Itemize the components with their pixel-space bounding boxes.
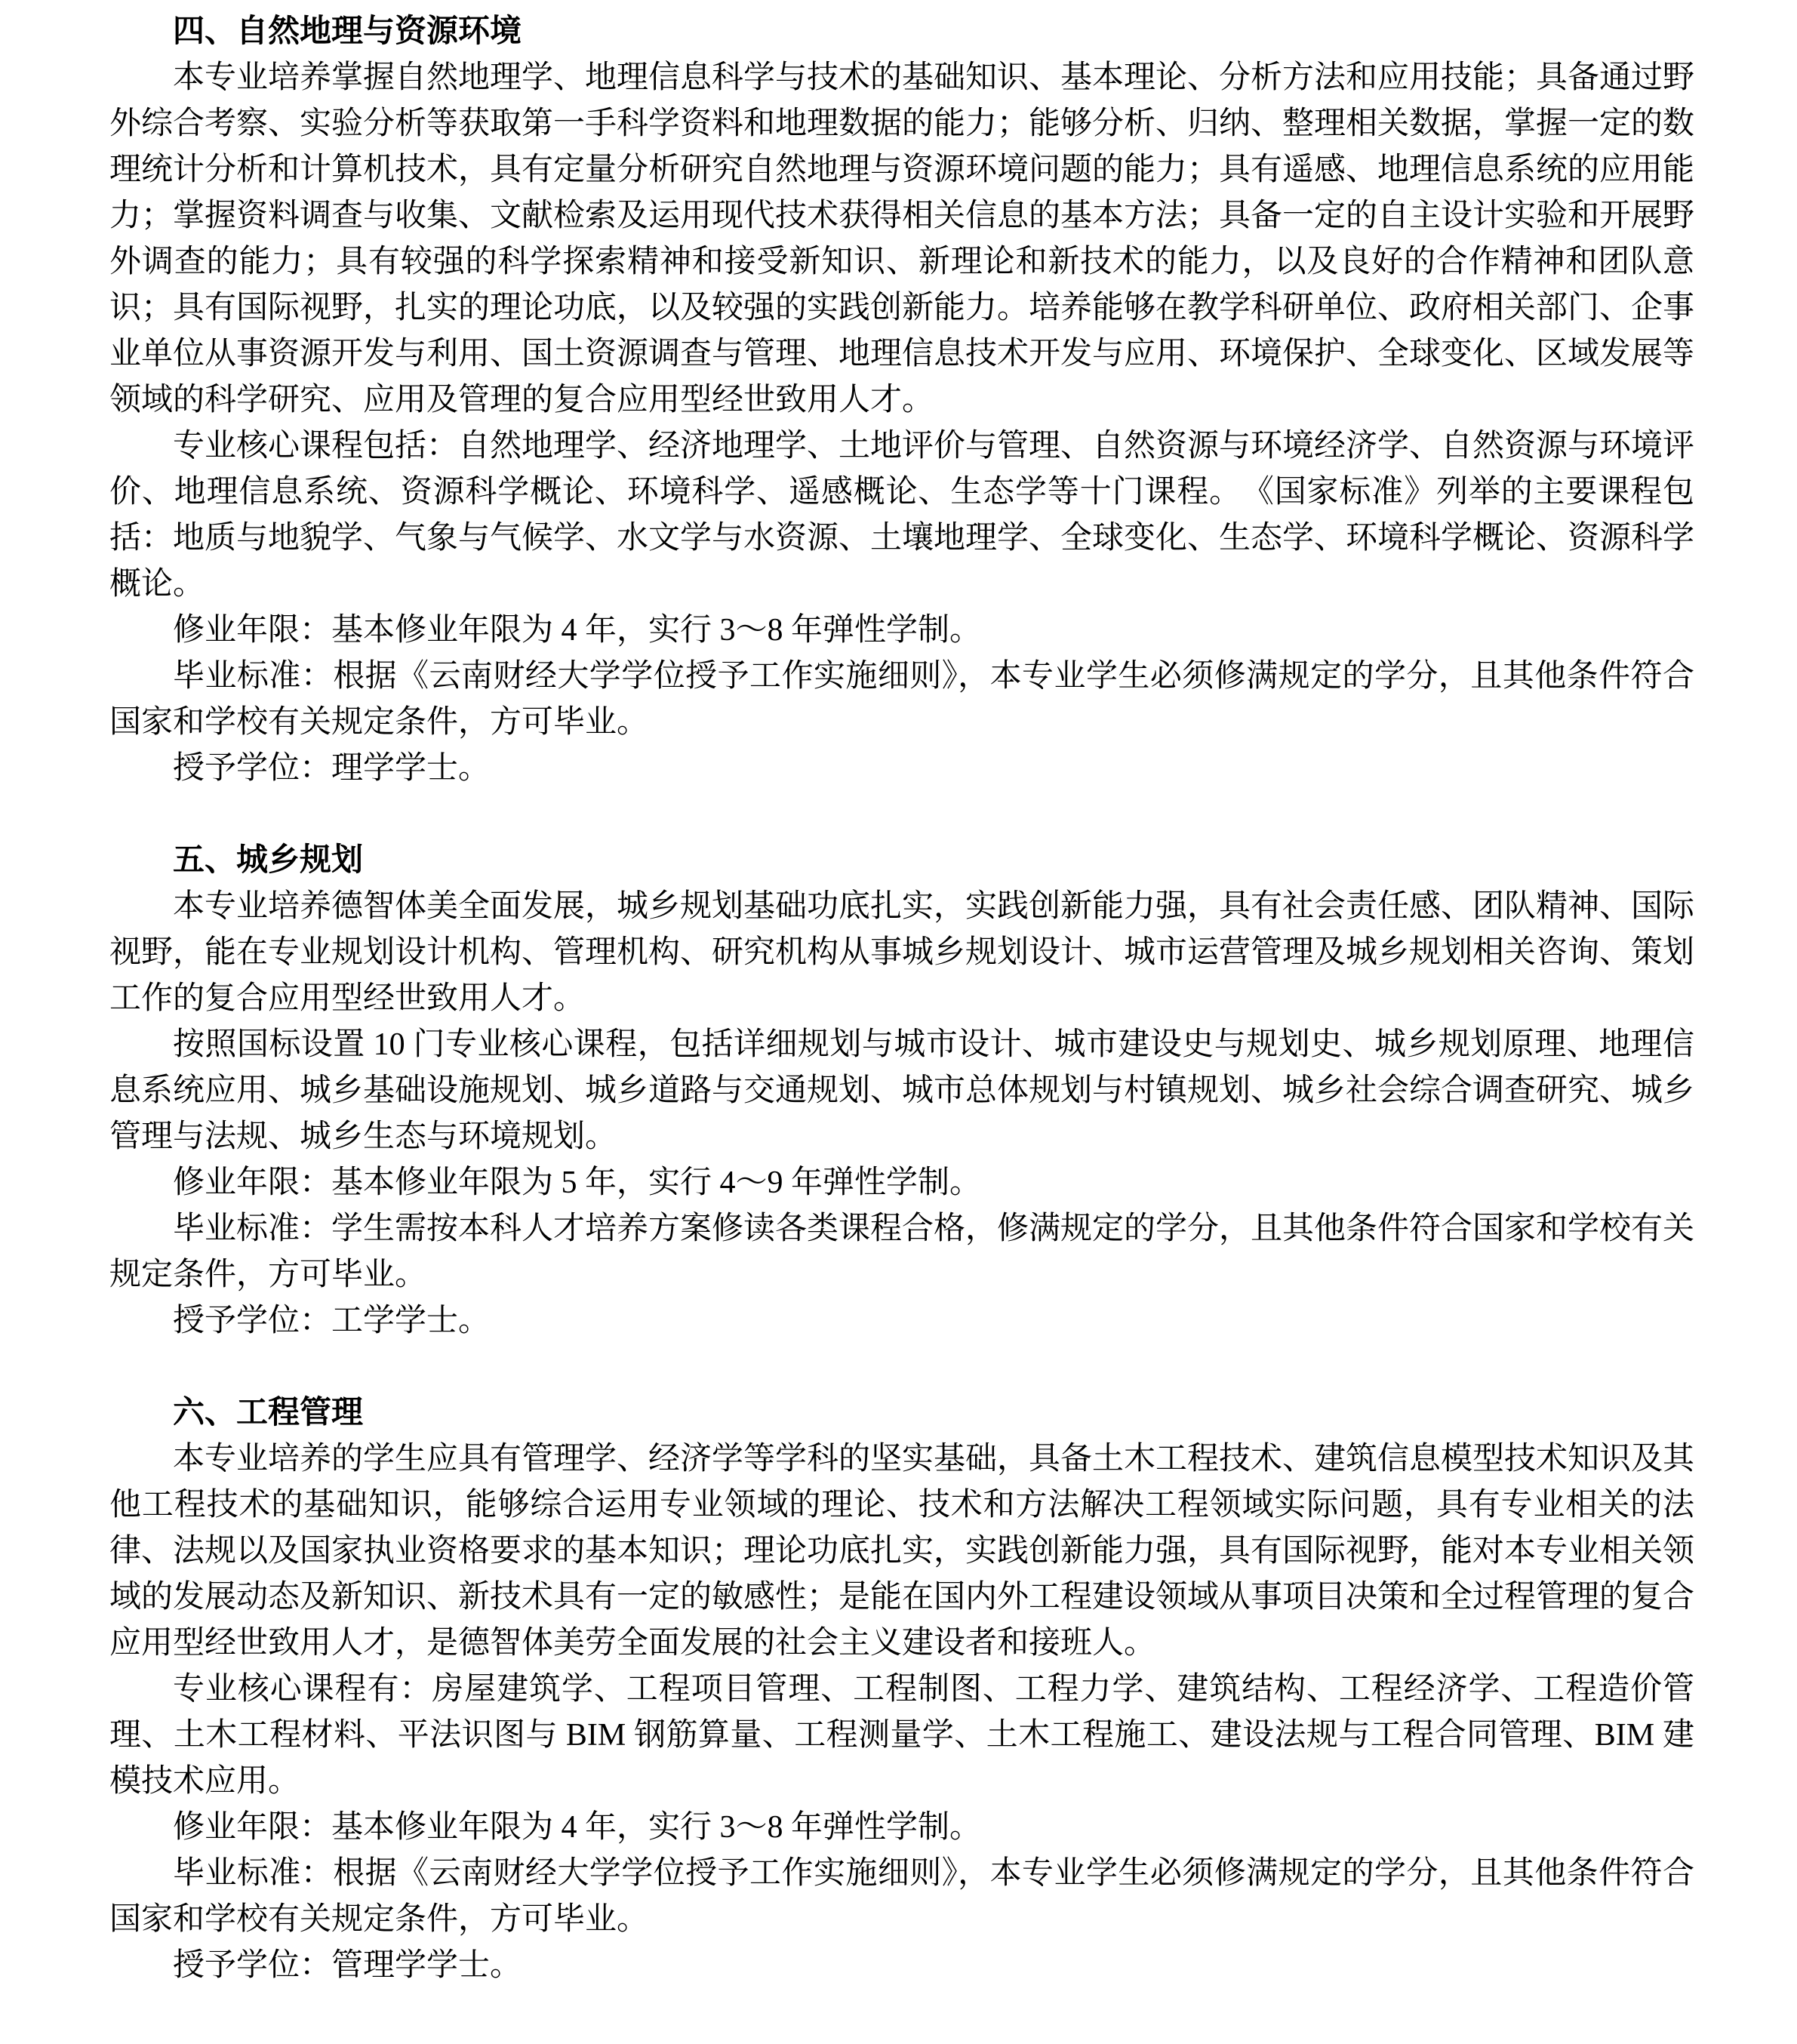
section-urban-rural-planning: 五、城乡规划 本专业培养德智体美全面发展，城乡规划基础功底扎实，实践创新能力强，…: [109, 838, 1694, 1344]
paragraph-core-courses: 专业核心课程有：房屋建筑学、工程项目管理、工程制图、工程力学、建筑结构、工程经济…: [109, 1667, 1694, 1805]
paragraph-core-courses: 按照国标设置 10 门专业核心课程，包括详细规划与城市设计、城市建设史与规划史、…: [109, 1022, 1694, 1160]
section-heading: 四、自然地理与资源环境: [109, 9, 1694, 55]
paragraph-training-objectives: 本专业培养德智体美全面发展，城乡规划基础功底扎实，实践创新能力强，具有社会责任感…: [109, 884, 1694, 1022]
section-heading: 六、工程管理: [109, 1390, 1694, 1436]
paragraph-graduation-standard: 毕业标准：学生需按本科人才培养方案修读各类课程合格，修满规定的学分，且其他条件符…: [109, 1206, 1694, 1298]
paragraph-degree-awarded: 授予学位：管理学学士。: [109, 1943, 1694, 1989]
document-page: 四、自然地理与资源环境 本专业培养掌握自然地理学、地理信息科学与技术的基础知识、…: [0, 0, 1797, 2044]
paragraph-degree-awarded: 授予学位：理学学士。: [109, 746, 1694, 792]
section-heading: 五、城乡规划: [109, 838, 1694, 884]
paragraph-core-courses: 专业核心课程包括：自然地理学、经济地理学、土地评价与管理、自然资源与环境经济学、…: [109, 423, 1694, 608]
section-natural-geography-and-resource-environment: 四、自然地理与资源环境 本专业培养掌握自然地理学、地理信息科学与技术的基础知识、…: [109, 9, 1694, 792]
paragraph-training-objectives: 本专业培养掌握自然地理学、地理信息科学与技术的基础知识、基本理论、分析方法和应用…: [109, 55, 1694, 423]
section-engineering-management: 六、工程管理 本专业培养的学生应具有管理学、经济学等学科的坚实基础，具备土木工程…: [109, 1390, 1694, 1989]
paragraph-graduation-standard: 毕业标准：根据《云南财经大学学位授予工作实施细则》，本专业学生必须修满规定的学分…: [109, 654, 1694, 746]
paragraph-graduation-standard: 毕业标准：根据《云南财经大学学位授予工作实施细则》，本专业学生必须修满规定的学分…: [109, 1851, 1694, 1943]
paragraph-study-duration: 修业年限：基本修业年限为 4 年，实行 3～8 年弹性学制。: [109, 1805, 1694, 1851]
paragraph-degree-awarded: 授予学位：工学学士。: [109, 1298, 1694, 1344]
paragraph-study-duration: 修业年限：基本修业年限为 5 年，实行 4～9 年弹性学制。: [109, 1160, 1694, 1206]
paragraph-study-duration: 修业年限：基本修业年限为 4 年，实行 3～8 年弹性学制。: [109, 608, 1694, 654]
paragraph-training-objectives: 本专业培养的学生应具有管理学、经济学等学科的坚实基础，具备土木工程技术、建筑信息…: [109, 1436, 1694, 1667]
